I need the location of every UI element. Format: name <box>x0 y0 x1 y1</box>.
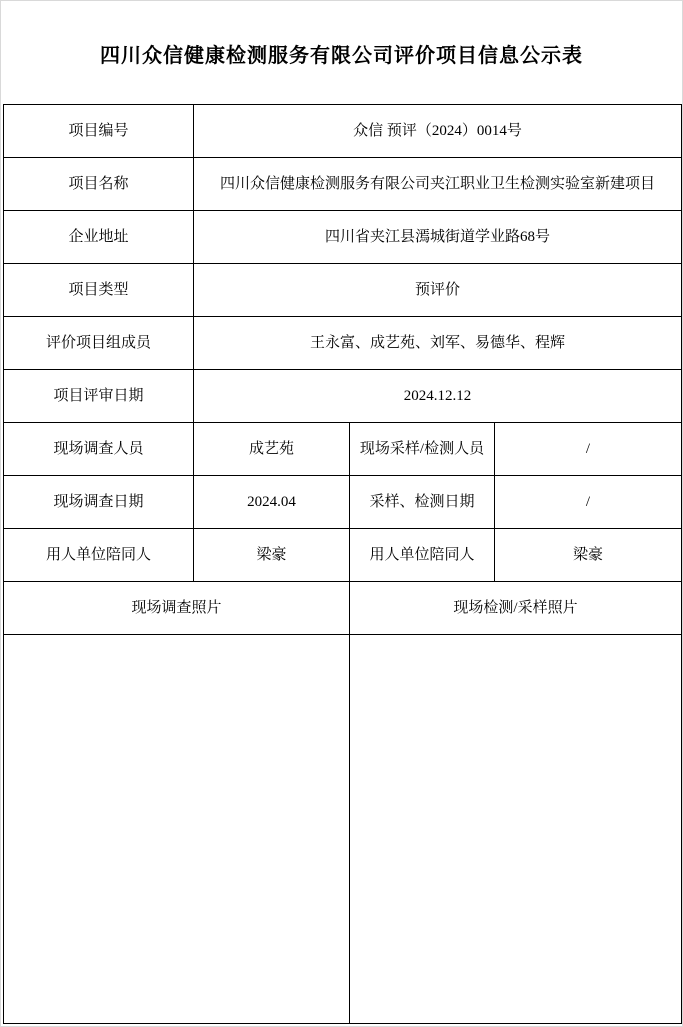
document-page: 四川众信健康检测服务有限公司评价项目信息公示表 项目编号 众信 预评（2024）… <box>0 0 683 1027</box>
label-review-date: 项目评审日期 <box>4 370 194 423</box>
value-project-name: 四川众信健康检测服务有限公司夹江职业卫生检测实验室新建项目 <box>194 158 682 211</box>
photo-cell-site-survey <box>4 635 350 1024</box>
value-site-survey-date: 2024.04 <box>194 476 350 529</box>
table-row-employer-escort: 用人单位陪同人 梁豪 用人单位陪同人 梁豪 <box>4 529 682 582</box>
table-row-team-members: 评价项目组成员 王永富、成艺苑、刘军、易德华、程辉 <box>4 317 682 370</box>
value-project-number: 众信 预评（2024）0014号 <box>194 105 682 158</box>
table-row-project-name: 项目名称 四川众信健康检测服务有限公司夹江职业卫生检测实验室新建项目 <box>4 158 682 211</box>
label-sampling-date: 采样、检测日期 <box>350 476 495 529</box>
label-site-survey-date: 现场调查日期 <box>4 476 194 529</box>
label-project-name: 项目名称 <box>4 158 194 211</box>
value-sampling-personnel: / <box>495 423 682 476</box>
table-row-company-address: 企业地址 四川省夹江县漹城街道学业路68号 <box>4 211 682 264</box>
value-project-type: 预评价 <box>194 264 682 317</box>
label-sampling-personnel: 现场采样/检测人员 <box>350 423 495 476</box>
header-site-survey-photos: 现场调查照片 <box>4 582 350 635</box>
table-row-site-survey-personnel: 现场调查人员 成艺苑 现场采样/检测人员 / <box>4 423 682 476</box>
table-row-review-date: 项目评审日期 2024.12.12 <box>4 370 682 423</box>
label-project-number: 项目编号 <box>4 105 194 158</box>
table-row-project-number: 项目编号 众信 预评（2024）0014号 <box>4 105 682 158</box>
header-sampling-photos: 现场检测/采样照片 <box>350 582 682 635</box>
value-sampling-date: / <box>495 476 682 529</box>
label-team-members: 评价项目组成员 <box>4 317 194 370</box>
label-company-address: 企业地址 <box>4 211 194 264</box>
table-row-site-survey-date: 现场调查日期 2024.04 采样、检测日期 / <box>4 476 682 529</box>
table-row-photo-headers: 现场调查照片 现场检测/采样照片 <box>4 582 682 635</box>
project-info-table: 项目编号 众信 预评（2024）0014号 项目名称 四川众信健康检测服务有限公… <box>3 104 682 1024</box>
label-site-survey-personnel: 现场调查人员 <box>4 423 194 476</box>
value-employer-escort-left: 梁豪 <box>194 529 350 582</box>
value-review-date: 2024.12.12 <box>194 370 682 423</box>
photo-cell-sampling <box>350 635 682 1024</box>
value-employer-escort-right: 梁豪 <box>495 529 682 582</box>
label-employer-escort-right: 用人单位陪同人 <box>350 529 495 582</box>
label-employer-escort-left: 用人单位陪同人 <box>4 529 194 582</box>
label-project-type: 项目类型 <box>4 264 194 317</box>
table-row-photo-area <box>4 635 682 1024</box>
value-site-survey-personnel: 成艺苑 <box>194 423 350 476</box>
value-company-address: 四川省夹江县漹城街道学业路68号 <box>194 211 682 264</box>
page-title: 四川众信健康检测服务有限公司评价项目信息公示表 <box>1 39 682 68</box>
table-row-project-type: 项目类型 预评价 <box>4 264 682 317</box>
value-team-members: 王永富、成艺苑、刘军、易德华、程辉 <box>194 317 682 370</box>
